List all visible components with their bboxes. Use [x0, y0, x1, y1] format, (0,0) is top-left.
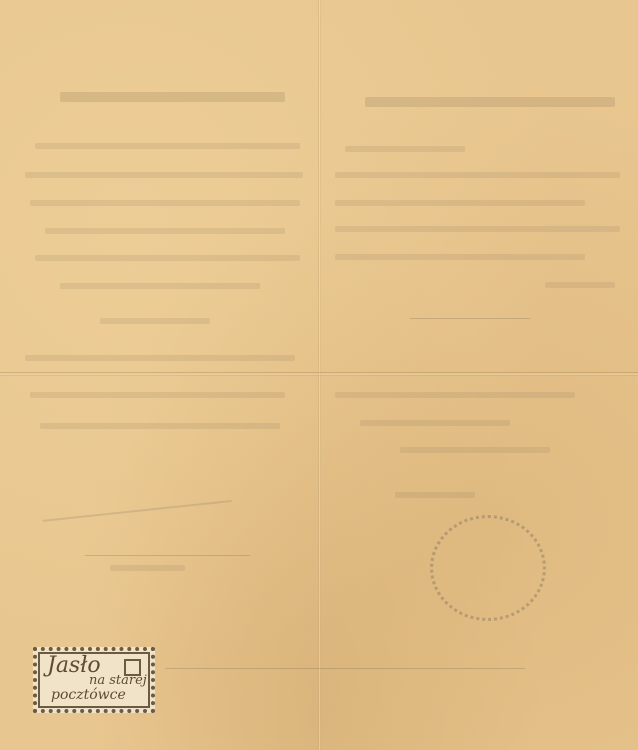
bottom-line	[165, 668, 525, 669]
ghost-text-line	[25, 355, 295, 361]
ghost-text-line	[335, 172, 620, 178]
ghost-text-line	[335, 200, 585, 206]
horizontal-fold	[0, 372, 638, 376]
ghost-text-line	[100, 318, 210, 324]
postage-stamp-icon	[124, 659, 141, 676]
ghost-text-line	[335, 392, 575, 398]
ghost-text-line	[60, 283, 260, 289]
ghost-text-line	[30, 392, 285, 398]
signature-line	[85, 555, 250, 556]
ghost-text-line	[40, 423, 280, 429]
ghost-text-line	[35, 143, 300, 149]
ghost-text-line	[35, 255, 300, 261]
ghost-text-line	[545, 282, 615, 288]
ghost-text-line	[335, 254, 585, 260]
ghost-text-line	[395, 492, 475, 498]
ghost-heading-left	[60, 92, 285, 102]
ghost-heading-right	[365, 97, 615, 107]
round-stamp	[430, 515, 546, 621]
ghost-text-line	[25, 172, 303, 178]
signature-mark	[38, 460, 231, 522]
ghost-text-line	[30, 200, 300, 206]
ghost-text-line	[45, 228, 285, 234]
ghost-text-line	[360, 420, 510, 426]
ghost-text-line	[335, 226, 620, 232]
jaslo-postcard-logo: Jasło na starej pocztówce	[33, 647, 155, 713]
document-page: Jasło na starej pocztówce	[0, 0, 638, 750]
ghost-text-line	[110, 565, 185, 571]
ghost-text-line	[345, 146, 465, 152]
logo-line-3: pocztówce	[51, 687, 126, 703]
ghost-text-line	[400, 447, 550, 453]
signature-line	[410, 318, 530, 319]
